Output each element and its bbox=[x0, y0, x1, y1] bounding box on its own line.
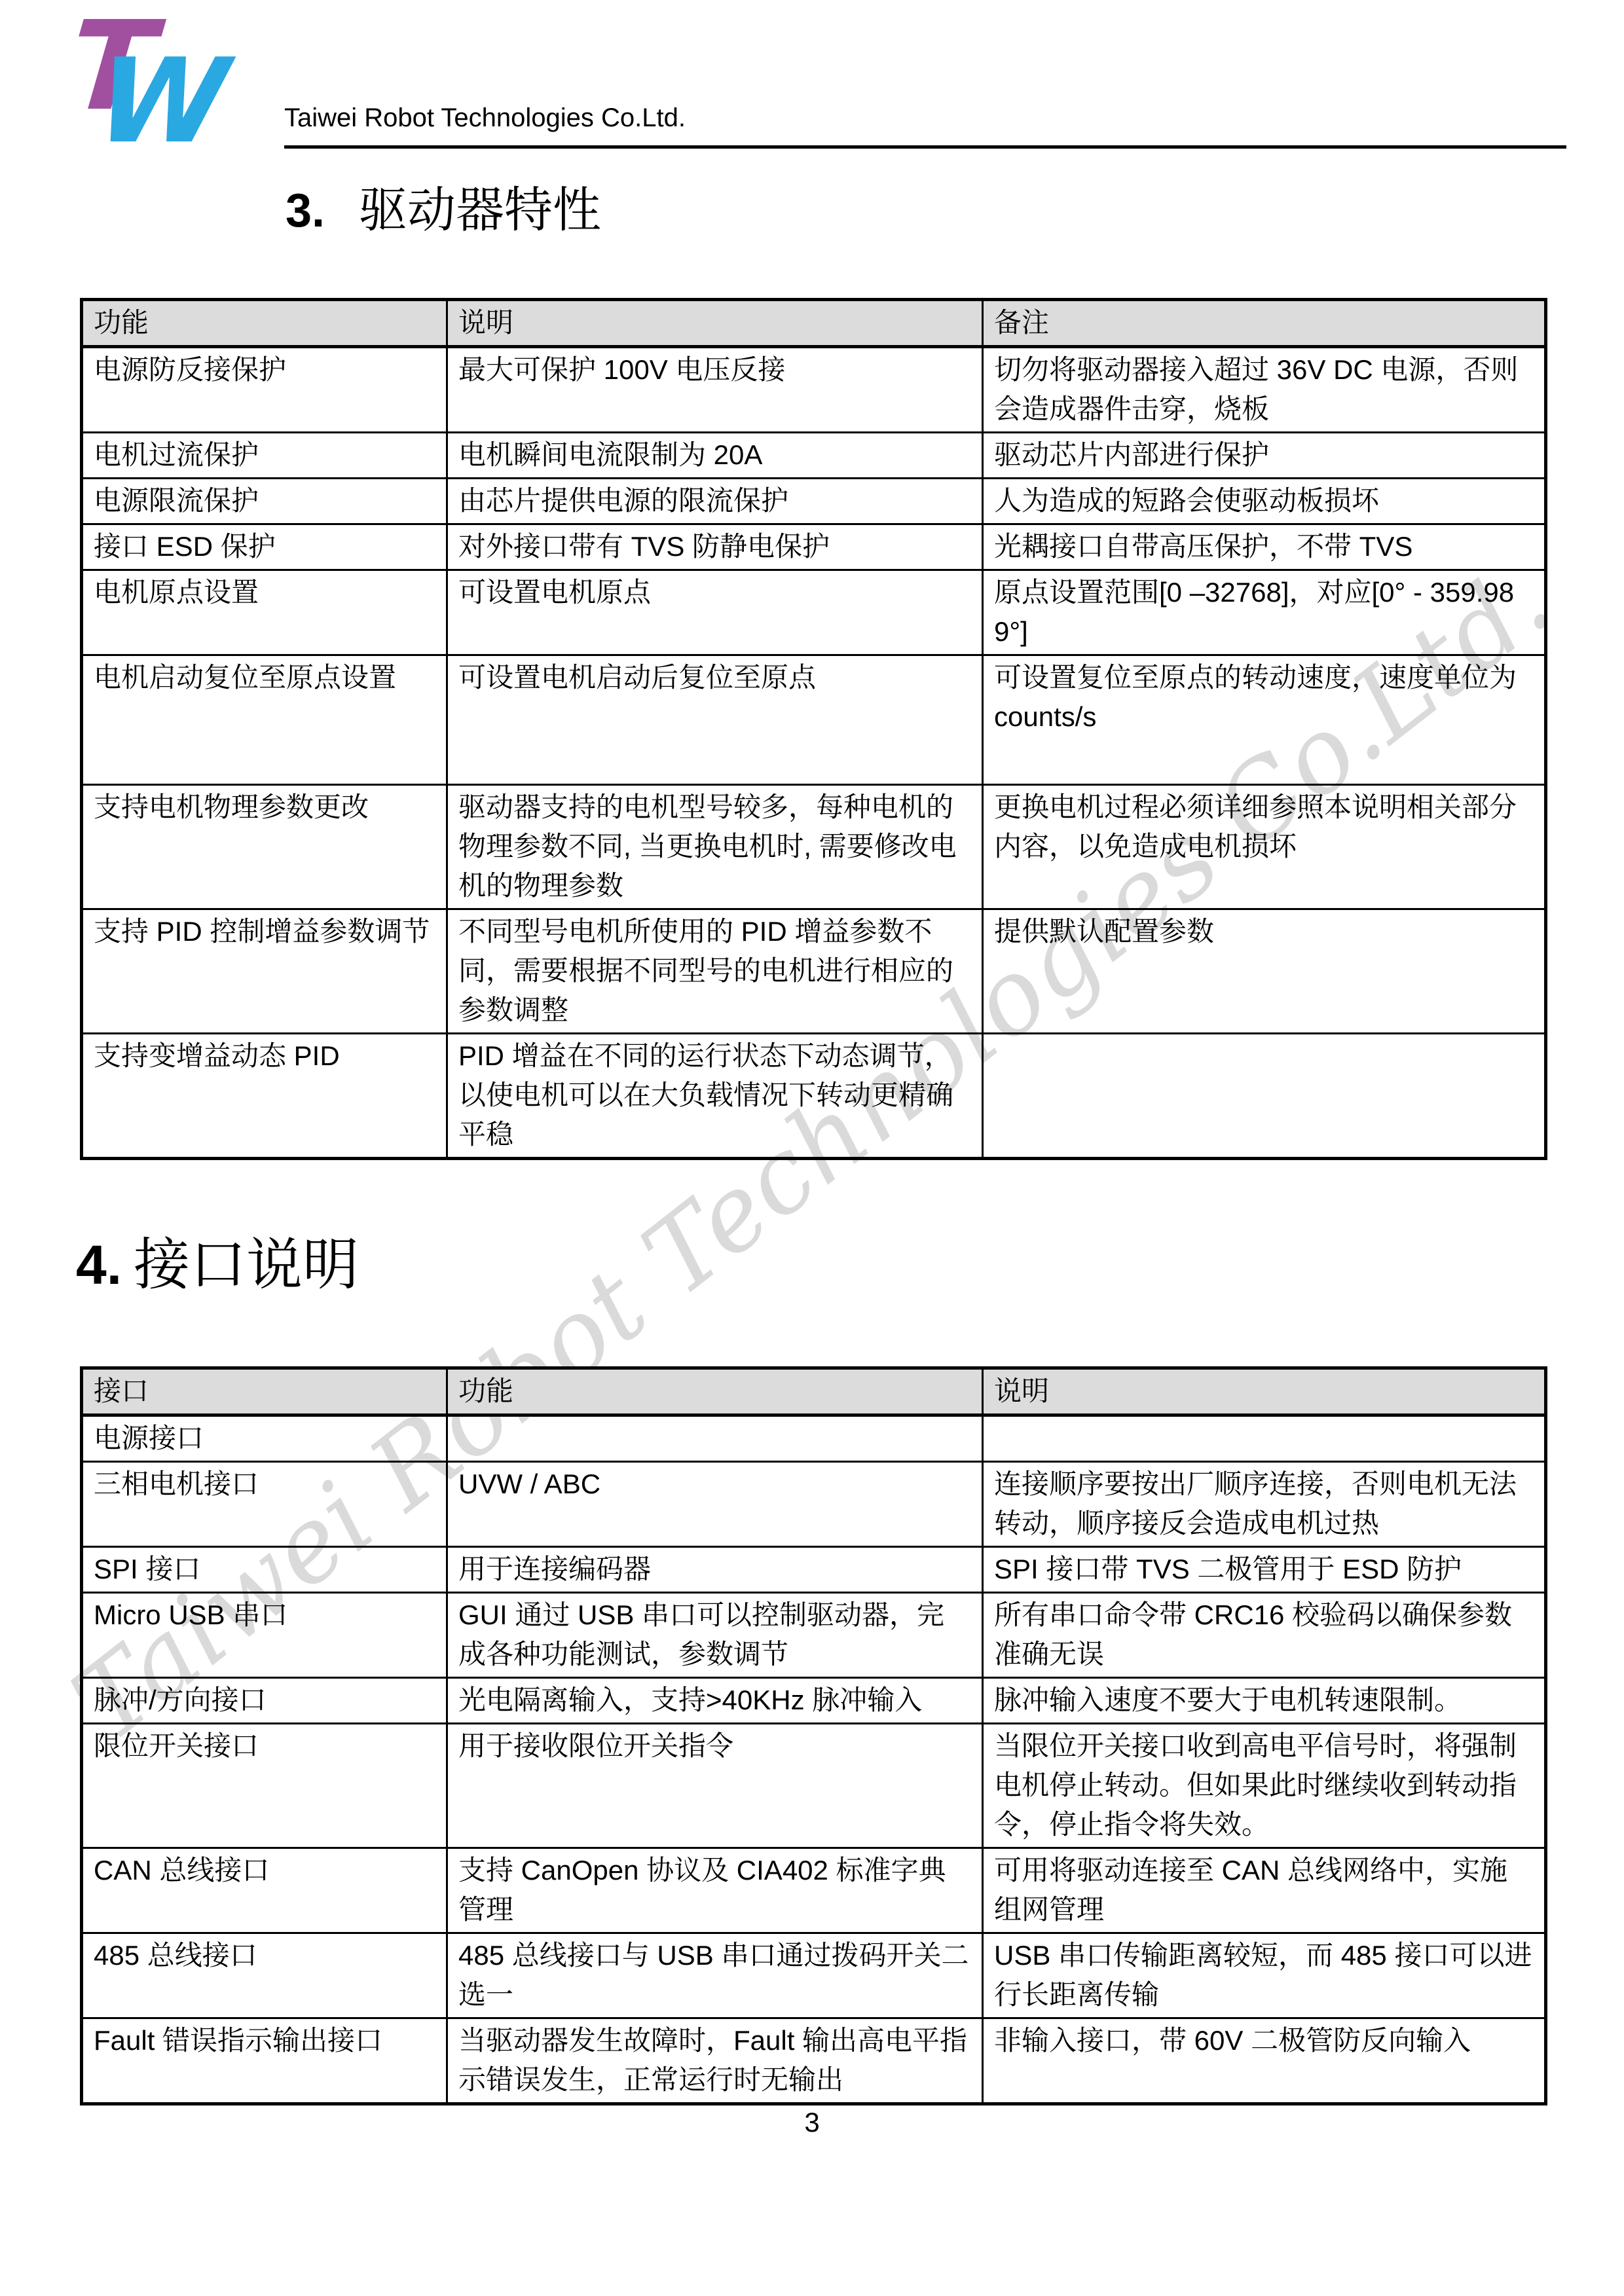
table-row: 支持 PID 控制增益参数调节 不同型号电机所使用的 PID 增益参数不同，需要… bbox=[82, 909, 1546, 1034]
table-cell: 提供默认配置参数 bbox=[983, 909, 1546, 1034]
table-cell: Fault 错误指示输出接口 bbox=[82, 2018, 447, 2104]
company-name: Taiwei Robot Technologies Co.Ltd. bbox=[284, 103, 686, 133]
table-cell: 可设置复位至原点的转动速度，速度单位为 counts/s bbox=[983, 655, 1546, 785]
table-cell: 支持 PID 控制增益参数调节 bbox=[82, 909, 447, 1034]
section-3-heading: 3.驱动器特性 bbox=[286, 172, 601, 241]
table-cell: 光耦接口自带高压保护，不带 TVS bbox=[983, 524, 1546, 570]
table-row: 三相电机接口 UVW / ABC 连接顺序要按出厂顺序连接，否则电机无法转动，顺… bbox=[82, 1462, 1546, 1547]
table-cell: 驱动器支持的电机型号较多，每种电机的物理参数不同, 当更换电机时, 需要修改电机… bbox=[447, 785, 983, 909]
table-cell: 非输入接口，带 60V 二极管防反向输入 bbox=[983, 2018, 1546, 2104]
table-cell: 支持电机物理参数更改 bbox=[82, 785, 447, 909]
table-cell: Micro USB 串口 bbox=[82, 1593, 447, 1678]
table-cell: GUI 通过 USB 串口可以控制驱动器，完成各种功能测试，参数调节 bbox=[447, 1593, 983, 1678]
table2-header-row: 接口 功能 说明 bbox=[82, 1368, 1546, 1415]
table-cell: 当驱动器发生故障时，Fault 输出高电平指示错误发生，正常运行时无输出 bbox=[447, 2018, 983, 2104]
table1-header-description: 说明 bbox=[447, 300, 983, 347]
table1-header-function: 功能 bbox=[82, 300, 447, 347]
table1-header-remark: 备注 bbox=[983, 300, 1546, 347]
page-number: 3 bbox=[0, 2107, 1624, 2138]
table-cell: 485 总线接口与 USB 串口通过拨码开关二选一 bbox=[447, 1933, 983, 2018]
table-cell: 电机过流保护 bbox=[82, 433, 447, 479]
table-row: 支持变增益动态 PID PID 增益在不同的运行状态下动态调节，以使电机可以在大… bbox=[82, 1034, 1546, 1159]
table-cell: PID 增益在不同的运行状态下动态调节，以使电机可以在大负载情况下转动更精确平稳 bbox=[447, 1034, 983, 1159]
table-cell: 可用将驱动连接至 CAN 总线网络中，实施组网管理 bbox=[983, 1848, 1546, 1933]
table-cell: 不同型号电机所使用的 PID 增益参数不同，需要根据不同型号的电机进行相应的参数… bbox=[447, 909, 983, 1034]
table-cell: 所有串口命令带 CRC16 校验码以确保参数准确无误 bbox=[983, 1593, 1546, 1678]
table-cell: 电机原点设置 bbox=[82, 570, 447, 655]
table-cell: 由芯片提供电源的限流保护 bbox=[447, 479, 983, 524]
table-cell: 最大可保护 100V 电压反接 bbox=[447, 347, 983, 433]
table-row: 电源防反接保护 最大可保护 100V 电压反接 切勿将驱动器接入超过 36V D… bbox=[82, 347, 1546, 433]
table-cell: CAN 总线接口 bbox=[82, 1848, 447, 1933]
table-cell: USB 串口传输距离较短，而 485 接口可以进行长距离传输 bbox=[983, 1933, 1546, 2018]
table-row: 电机过流保护 电机瞬间电流限制为 20A 驱动芯片内部进行保护 bbox=[82, 433, 1546, 479]
table-cell: 电源限流保护 bbox=[82, 479, 447, 524]
table-cell: 原点设置范围[0 –32768]，对应[0° - 359.989°] bbox=[983, 570, 1546, 655]
section-4-heading: 4.接口说明 bbox=[76, 1219, 359, 1300]
section-3-title: 驱动器特性 bbox=[359, 184, 601, 238]
table-row: 电机原点设置 可设置电机原点 原点设置范围[0 –32768]，对应[0° - … bbox=[82, 570, 1546, 655]
table-row: 限位开关接口 用于接收限位开关指令 当限位开关接口收到高电平信号时，将强制电机停… bbox=[82, 1724, 1546, 1848]
table-cell: 支持变增益动态 PID bbox=[82, 1034, 447, 1159]
table-cell: 支持 CanOpen 协议及 CIA402 标准字典管理 bbox=[447, 1848, 983, 1933]
table1-header-row: 功能 说明 备注 bbox=[82, 300, 1546, 347]
table-cell bbox=[983, 1415, 1546, 1462]
table-cell: 电源防反接保护 bbox=[82, 347, 447, 433]
company-logo: T W bbox=[60, 9, 257, 163]
table-cell: 电机启动复位至原点设置 bbox=[82, 655, 447, 785]
table-cell: 切勿将驱动器接入超过 36V DC 电源，否则会造成器件击穿，烧板 bbox=[983, 347, 1546, 433]
table-cell: 人为造成的短路会使驱动板损坏 bbox=[983, 479, 1546, 524]
table-row: SPI 接口 用于连接编码器 SPI 接口带 TVS 二极管用于 ESD 防护 bbox=[82, 1547, 1546, 1593]
table-cell: 连接顺序要按出厂顺序连接，否则电机无法转动，顺序接反会造成电机过热 bbox=[983, 1462, 1546, 1547]
interface-description-table: 接口 功能 说明 电源接口 三相电机接口 UVW / ABC 连接顺序要按出厂顺… bbox=[80, 1366, 1547, 2105]
table-cell: 当限位开关接口收到高电平信号时，将强制电机停止转动。但如果此时继续收到转动指令，… bbox=[983, 1724, 1546, 1848]
table-cell: 限位开关接口 bbox=[82, 1724, 447, 1848]
table-cell: 对外接口带有 TVS 防静电保护 bbox=[447, 524, 983, 570]
table-cell bbox=[983, 1034, 1546, 1159]
driver-features-table: 功能 说明 备注 电源防反接保护 最大可保护 100V 电压反接 切勿将驱动器接… bbox=[80, 298, 1547, 1160]
table-cell: 驱动芯片内部进行保护 bbox=[983, 433, 1546, 479]
table-cell: UVW / ABC bbox=[447, 1462, 983, 1547]
table-cell bbox=[447, 1415, 983, 1462]
table2-header-description: 说明 bbox=[983, 1368, 1546, 1415]
section-4-number: 4. bbox=[76, 1234, 122, 1296]
table-row: 接口 ESD 保护 对外接口带有 TVS 防静电保护 光耦接口自带高压保护，不带… bbox=[82, 524, 1546, 570]
table-row: Fault 错误指示输出接口 当驱动器发生故障时，Fault 输出高电平指示错误… bbox=[82, 2018, 1546, 2104]
table-cell: 接口 ESD 保护 bbox=[82, 524, 447, 570]
table-cell: 光电隔离输入，支持>40KHz 脉冲输入 bbox=[447, 1678, 983, 1724]
table-cell: 更换电机过程必须详细参照本说明相关部分内容，以免造成电机损坏 bbox=[983, 785, 1546, 909]
table-cell: 脉冲输入速度不要大于电机转速限制。 bbox=[983, 1678, 1546, 1724]
table-cell: 电机瞬间电流限制为 20A bbox=[447, 433, 983, 479]
table-row: 485 总线接口 485 总线接口与 USB 串口通过拨码开关二选一 USB 串… bbox=[82, 1933, 1546, 2018]
table-cell: 脉冲/方向接口 bbox=[82, 1678, 447, 1724]
table-cell: 可设置电机启动后复位至原点 bbox=[447, 655, 983, 785]
table-cell: SPI 接口带 TVS 二极管用于 ESD 防护 bbox=[983, 1547, 1546, 1593]
section-4-title: 接口说明 bbox=[134, 1233, 359, 1296]
table-row: 电源接口 bbox=[82, 1415, 1546, 1462]
table-row: 电源限流保护 由芯片提供电源的限流保护 人为造成的短路会使驱动板损坏 bbox=[82, 479, 1546, 524]
table-cell: 485 总线接口 bbox=[82, 1933, 447, 2018]
table-row: 电机启动复位至原点设置 可设置电机启动后复位至原点 可设置复位至原点的转动速度，… bbox=[82, 655, 1546, 785]
table-cell: SPI 接口 bbox=[82, 1547, 447, 1593]
table2-header-function: 功能 bbox=[447, 1368, 983, 1415]
header-divider bbox=[284, 145, 1566, 149]
table-cell: 用于接收限位开关指令 bbox=[447, 1724, 983, 1848]
table-cell: 可设置电机原点 bbox=[447, 570, 983, 655]
section-3-number: 3. bbox=[286, 185, 325, 237]
table-cell: 三相电机接口 bbox=[82, 1462, 447, 1547]
table-cell: 用于连接编码器 bbox=[447, 1547, 983, 1593]
table2-header-interface: 接口 bbox=[82, 1368, 447, 1415]
table-cell: 电源接口 bbox=[82, 1415, 447, 1462]
table-row: 支持电机物理参数更改 驱动器支持的电机型号较多，每种电机的物理参数不同, 当更换… bbox=[82, 785, 1546, 909]
table-row: CAN 总线接口 支持 CanOpen 协议及 CIA402 标准字典管理 可用… bbox=[82, 1848, 1546, 1933]
table-row: 脉冲/方向接口 光电隔离输入，支持>40KHz 脉冲输入 脉冲输入速度不要大于电… bbox=[82, 1678, 1546, 1724]
table-row: Micro USB 串口 GUI 通过 USB 串口可以控制驱动器，完成各种功能… bbox=[82, 1593, 1546, 1678]
